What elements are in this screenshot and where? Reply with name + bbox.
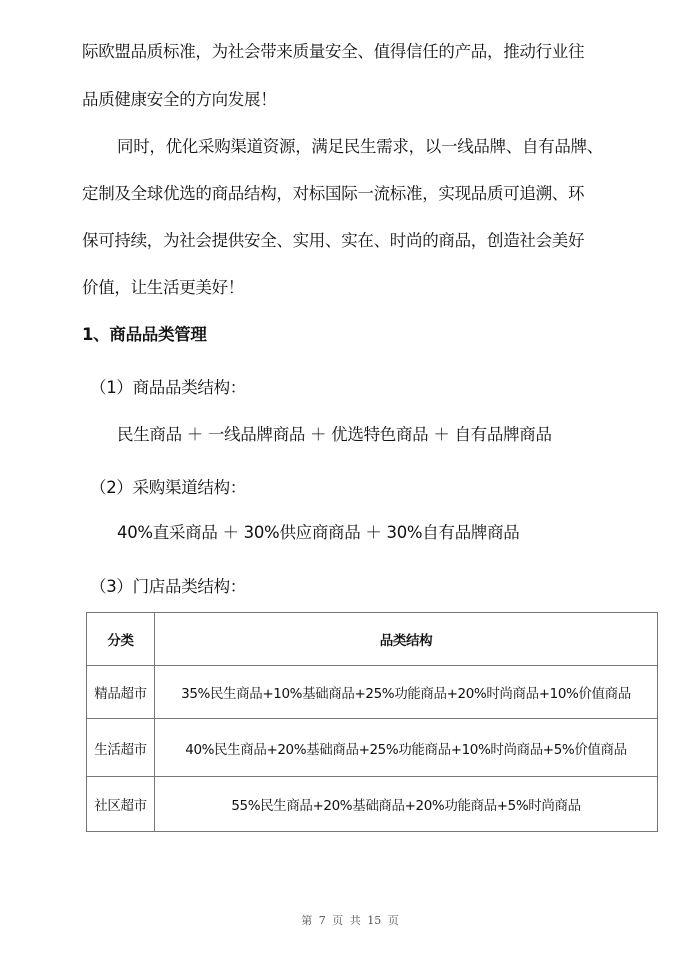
- paragraph-line: 定制及全球优选的商品结构，对标国际一流标准，实现品质可追溯、环: [82, 180, 584, 204]
- table-cell-category: 精品超市: [87, 666, 155, 719]
- paragraph-line: 品质健康安全的方向发展！: [82, 86, 276, 110]
- table-header-category: 分类: [87, 613, 155, 666]
- table-header-row: 分类 品类结构: [87, 613, 658, 666]
- table-row: 精品超市 35%民生商品+10%基础商品+25%功能商品+20%时尚商品+10%…: [87, 666, 658, 719]
- paragraph-line: 际欧盟品质标准，为社会带来质量安全、值得信任的产品，推动行业往: [82, 38, 584, 62]
- channel-formula: 40%直采商品 ＋ 30%供应商商品 ＋ 30%自有品牌商品: [117, 519, 520, 543]
- section-heading: 1、商品品类管理: [82, 321, 207, 345]
- table-cell-structure: 55%民生商品+20%基础商品+20%功能商品+5%时尚商品: [155, 777, 658, 832]
- store-category-table: 分类 品类结构 精品超市 35%民生商品+10%基础商品+25%功能商品+20%…: [86, 612, 658, 832]
- paragraph-line: 价值，让生活更美好！: [82, 274, 244, 298]
- subsection-title: （3）门店品类结构：: [90, 573, 246, 597]
- table-cell-structure: 40%民生商品+20%基础商品+25%功能商品+10%时尚商品+5%价值商品: [155, 719, 658, 777]
- table-header-structure: 品类结构: [155, 613, 658, 666]
- table-row: 生活超市 40%民生商品+20%基础商品+25%功能商品+10%时尚商品+5%价…: [87, 719, 658, 777]
- table-cell-category: 社区超市: [87, 777, 155, 832]
- subsection-title: （2）采购渠道结构：: [90, 474, 246, 498]
- subsection-title: （1）商品品类结构：: [90, 374, 246, 398]
- paragraph-line: 保可持续，为社会提供安全、实用、实在、时尚的商品，创造社会美好: [82, 227, 584, 251]
- table-cell-category: 生活超市: [87, 719, 155, 777]
- page-number-footer: 第 7 页 共 15 页: [0, 912, 700, 928]
- category-formula: 民生商品 ＋ 一线品牌商品 ＋ 优选特色商品 ＋ 自有品牌商品: [117, 421, 552, 445]
- table-row: 社区超市 55%民生商品+20%基础商品+20%功能商品+5%时尚商品: [87, 777, 658, 832]
- paragraph-line: 同时，优化采购渠道资源，满足民生需求，以一线品牌、自有品牌、: [117, 133, 603, 157]
- table-cell-structure: 35%民生商品+10%基础商品+25%功能商品+20%时尚商品+10%价值商品: [155, 666, 658, 719]
